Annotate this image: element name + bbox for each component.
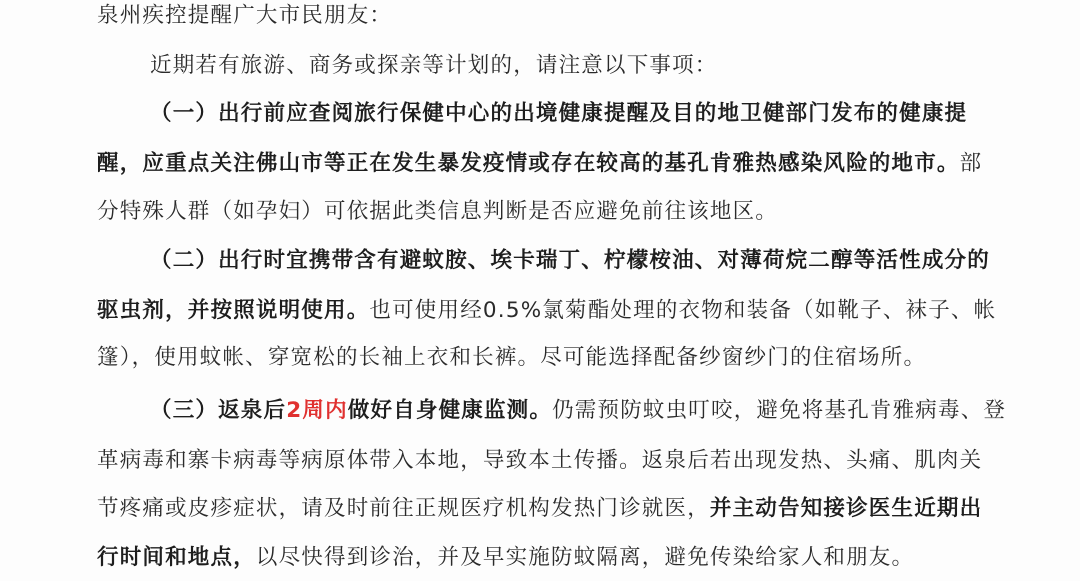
section-1-line-1: （一）出行前应查阅旅行保健中心的出境健康提醒及目的地卫健部门发布的健康提 [150, 99, 967, 129]
section-3-bold-text: 行时间和地点， [97, 545, 256, 570]
section-1-line-2: 醒，应重点关注佛山市等正在发生暴发疫情或存在较高的基孔肯雅热感染风险的地市。部 [97, 149, 982, 179]
section-1-line-3: 分特殊人群（如孕妇）可依据此类信息判断是否应避免前往该地区。 [97, 197, 778, 227]
section-2-line-3: 篷），使用蚊帐、穿宽松的长袖上衣和长裤。尽可能选择配备纱窗纱门的住宿场所。 [97, 343, 926, 373]
section-1-normal-text: 分特殊人群（如孕妇）可依据此类信息判断是否应避免前往该地区。 [97, 199, 778, 224]
section-3-normal-text: 仍需预防蚊虫叮咬，避免将基孔肯雅病毒、登 [552, 398, 1006, 423]
section-2-bold-text: 出行时宜携带含有避蚊胺、埃卡瑞丁、柠檬桉油、对薄荷烷二醇等活性成分的 [218, 248, 990, 273]
section-3-normal-text: 以尽快得到诊治，并及早实施防蚊隔离，避免传染给家人和朋友。 [256, 545, 914, 570]
intro-paragraph: 近期若有旅游、商务或探亲等计划的，请注意以下事项： [150, 51, 718, 81]
section-1-normal-text: 部 [960, 151, 983, 176]
section-2-line-2: 驱虫剂，并按照说明使用。也可使用经0.5%氯菊酯处理的衣物和装备（如靴子、袜子、… [97, 296, 996, 326]
section-3-normal-text: 革病毒和寨卡病毒等病原体带入本地，导致本土传播。返泉后若出现发热、头痛、肌肉关 [97, 448, 982, 473]
document-page: 泉州疾控提醒广大市民朋友： 近期若有旅游、商务或探亲等计划的，请注意以下事项： … [0, 0, 1080, 581]
greeting: 泉州疾控提醒广大市民朋友： [97, 1, 392, 31]
section-1-bold-text: 出行前应查阅旅行保健中心的出境健康提醒及目的地卫健部门发布的健康提 [218, 101, 967, 126]
section-3-bold-text: 做好自身健康监测。 [348, 398, 552, 423]
section-3-line-2: 革病毒和寨卡病毒等病原体带入本地，导致本土传播。返泉后若出现发热、头痛、肌肉关 [97, 446, 982, 476]
section-3-line-4: 行时间和地点，以尽快得到诊治，并及早实施防蚊隔离，避免传染给家人和朋友。 [97, 543, 914, 573]
section-3-bold-text: 并主动告知接诊医生近期出 [710, 496, 982, 521]
section-1-label: （一） [150, 101, 218, 126]
section-1-bold-text: 醒，应重点关注佛山市等正在发生暴发疫情或存在较高的基孔肯雅热感染风险的地市。 [97, 151, 960, 176]
section-3-bold-text: 返泉后 [218, 398, 286, 423]
section-3-label: （三） [150, 398, 218, 423]
section-2-line-1: （二）出行时宜携带含有避蚊胺、埃卡瑞丁、柠檬桉油、对薄荷烷二醇等活性成分的 [150, 246, 990, 276]
section-3-line-3: 节疼痛或皮疹症状，请及时前往正规医疗机构发热门诊就医，并主动告知接诊医生近期出 [97, 494, 982, 524]
section-2-label: （二） [150, 248, 218, 273]
highlight-text: 2周内 [286, 398, 348, 423]
section-3-line-1: （三）返泉后2周内做好自身健康监测。仍需预防蚊虫叮咬，避免将基孔肯雅病毒、登 [150, 396, 1006, 426]
section-3-normal-text: 节疼痛或皮疹症状，请及时前往正规医疗机构发热门诊就医， [97, 496, 710, 521]
section-2-bold-text: 驱虫剂，并按照说明使用。 [97, 298, 369, 323]
section-2-normal-text: 也可使用经0.5%氯菊酯处理的衣物和装备（如靴子、袜子、帐 [369, 298, 996, 323]
section-2-normal-text: 篷），使用蚊帐、穿宽松的长袖上衣和长裤。尽可能选择配备纱窗纱门的住宿场所。 [97, 345, 926, 370]
